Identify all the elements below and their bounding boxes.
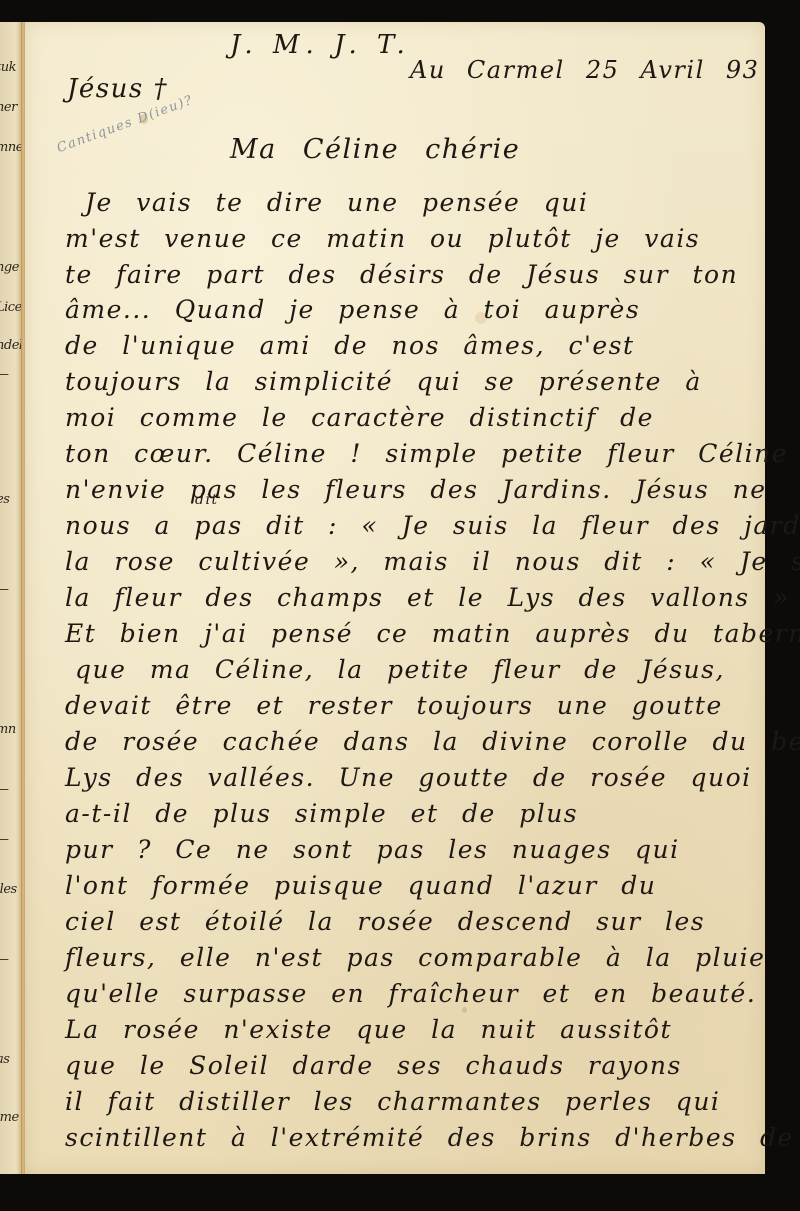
letter-line: te faire part des désirs de Jésus sur to… [65,260,738,289]
letter-line: fleurs, elle n'est pas comparable à la p… [65,943,765,972]
margin-fragment: — [0,832,9,847]
letter-line: ciel est étoilé la rosée descend sur les [65,907,705,936]
letter-line: la fleur des champs et le Lys des vallon… [65,583,790,612]
letter-line: de l'unique ami de nos âmes, c'est [65,331,635,360]
letter-page: J. M. J. T. Au Carmel 25 Avril 93 Jésus … [25,22,765,1174]
margin-fragment: tuk [0,60,16,75]
invocation: Jésus † [67,74,168,104]
manuscript-scan: tuk ner mne nge Lice ndel — i es l — mn … [0,0,800,1211]
margin-fragment: ner [0,100,17,115]
margin-fragment: — [0,367,9,382]
margin-fragment: lles [0,882,17,897]
letter-line: âme... Quand je pense à toi auprès [65,295,640,324]
margin-fragment: mne [0,140,23,155]
place-date: Au Carmel 25 Avril 93 [410,56,759,84]
margin-fragment: es [0,492,9,507]
letter-line: toujours la simplicité qui se présente à [65,367,702,396]
letter-line: a-t-il de plus simple et de plus [65,799,578,828]
letter-line: la rose cultivée », mais il nous dit : «… [65,547,800,576]
letter-line: l'ont formée puisque quand l'azur du [65,871,656,900]
letter-line: pur ? Ce ne sont pas les nuages qui [65,835,680,864]
letter-line: scintillent à l'extrémité des brins d'he… [65,1123,794,1152]
letter-line: ton cœur. Céline ! simple petite fleur C… [65,439,788,468]
letter-line: La rosée n'existe que la nuit aussitôt [65,1015,672,1044]
margin-fragment: as [0,1052,9,1067]
margin-fragment: — [0,582,9,597]
margin-fragment: — [0,952,9,967]
monogram-header: J. M. J. T. [230,30,411,60]
letter-line: Et bien j'ai pensé ce matin auprès du ta… [65,619,800,648]
margin-fragment: nge [0,260,19,275]
letter-line: nous a pas dit : « Je suis la fleur des … [65,511,800,540]
margin-fragment: mn [0,722,16,737]
letter-line: que le Soleil darde ses chauds rayons [65,1051,682,1080]
letter-line: Lys des vallées. Une goutte de rosée quo… [65,763,752,792]
letter-line: Je vais te dire une pensée qui [85,188,588,217]
letter-line: moi comme le caractère distinctif de [65,403,654,432]
letter-line: devait être et rester toujours une goutt… [65,691,723,720]
letter-line: n'envie pas les fleurs des Jardins. Jésu… [65,475,767,504]
letter-line: de rosée cachée dans la divine corolle d… [65,727,800,756]
interlinear-insertion: dit [195,492,219,508]
letter-line: que ma Céline, la petite fleur de Jésus, [75,655,725,684]
salutation: Ma Céline chérie [230,134,520,165]
margin-fragment: — [0,782,9,797]
margin-fragment: Lice [0,300,22,315]
margin-fragment: ndel [0,338,23,353]
letter-line: m'est venue ce matin ou plutôt je vais [65,224,700,253]
margin-fragment: ime [0,1110,19,1125]
letter-line: il fait distiller les charmantes perles … [65,1087,720,1116]
letter-line: qu'elle surpasse en fraîcheur et en beau… [65,979,756,1008]
facing-page-edge: tuk ner mne nge Lice ndel — i es l — mn … [0,22,23,1174]
